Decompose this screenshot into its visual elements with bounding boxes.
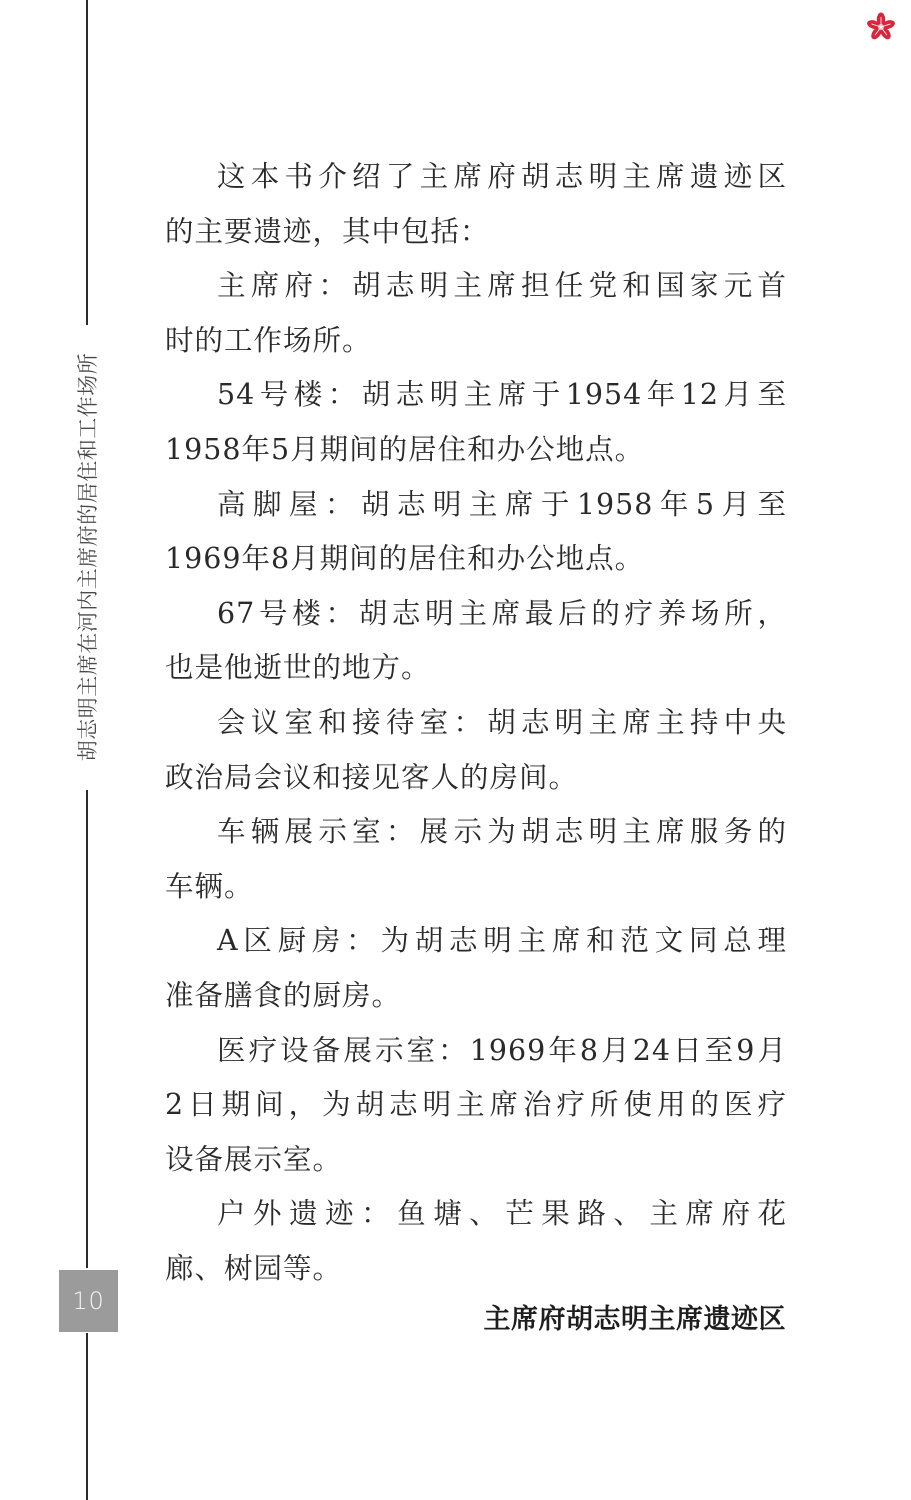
paragraph-line: A区厨房：为胡志明主席和范文同总理 <box>165 914 787 969</box>
paragraph-line: 户外遗迹：鱼塘、芒果路、主席府花 <box>165 1187 787 1242</box>
paragraph-line: 高脚屋：胡志明主席于1958年5月至 <box>165 478 787 533</box>
running-head: 胡志明主席在河内主席府的居住和工作场所 <box>72 353 102 762</box>
paragraph-line: 54号楼：胡志明主席于1954年12月至 <box>165 368 787 423</box>
paragraph-line: 也是他逝世的地方。 <box>165 641 787 696</box>
paragraph-line: 廊、树园等。 <box>165 1242 787 1297</box>
paragraph-line: 1969年8月期间的居住和办公地点。 <box>165 532 787 587</box>
paragraph-line: 设备展示室。 <box>165 1133 787 1188</box>
paragraph-line: 准备膳食的厨房。 <box>165 969 787 1024</box>
paragraph-line: 医疗设备展示室：1969年8月24日至9月 <box>165 1024 787 1079</box>
paragraph-line: 政治局会议和接见客人的房间。 <box>165 751 787 806</box>
paragraph-line: 时的工作场所。 <box>165 314 787 369</box>
page-number: 10 <box>72 1287 105 1315</box>
margin-rule-middle <box>86 790 88 1268</box>
paragraph-line: 2日期间，为胡志明主席治疗所使用的医疗 <box>165 1078 787 1133</box>
paragraph-line: 会议室和接待室：胡志明主席主持中央 <box>165 696 787 751</box>
paragraph-line: 67号楼：胡志明主席最后的疗养场所， <box>165 587 787 642</box>
flower-emblem-icon <box>866 12 896 42</box>
signature: 主席府胡志明主席遗迹区 <box>484 1300 787 1340</box>
body-text: 这本书介绍了主席府胡志明主席遗迹区 的主要遗迹，其中包括： 主席府：胡志明主席担… <box>165 150 787 1296</box>
margin-rule-top <box>86 0 88 325</box>
paragraph-line: 这本书介绍了主席府胡志明主席遗迹区 <box>165 150 787 205</box>
paragraph-line: 车辆。 <box>165 860 787 915</box>
margin-rule-bottom <box>86 1333 88 1500</box>
paragraph-line: 的主要遗迹，其中包括： <box>165 205 787 260</box>
page-number-box: 10 <box>59 1270 118 1332</box>
paragraph-line: 主席府：胡志明主席担任党和国家元首 <box>165 259 787 314</box>
paragraph-line: 车辆展示室：展示为胡志明主席服务的 <box>165 805 787 860</box>
paragraph-line: 1958年5月期间的居住和办公地点。 <box>165 423 787 478</box>
